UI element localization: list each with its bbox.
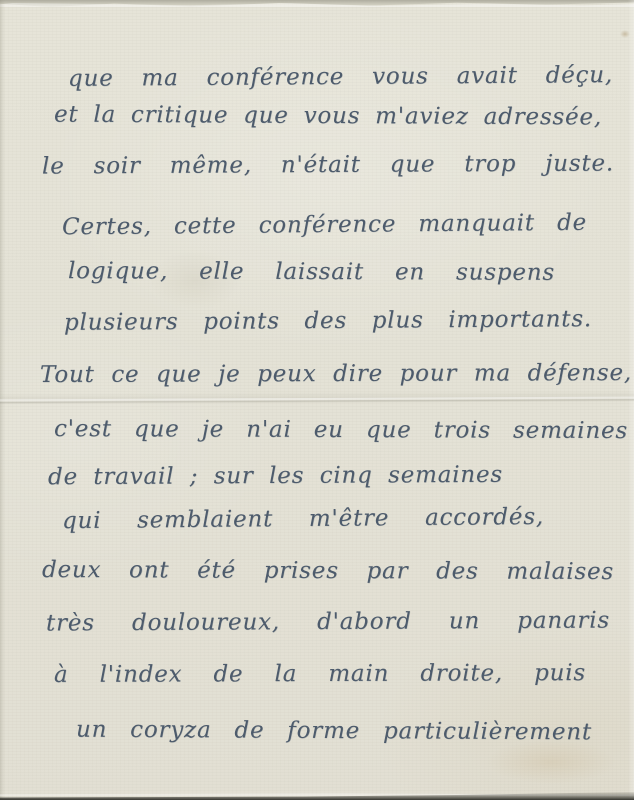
handwriting-line: Certes, cette conférence manquait de xyxy=(62,208,587,243)
handwriting-line: le soir même, n'était que trop juste. xyxy=(42,149,614,182)
handwriting-line: Tout ce que je peux dire pour ma défense… xyxy=(40,358,632,390)
handwriting-line: qui semblaient m'être accordés, xyxy=(62,502,544,536)
handwriting-line: très douloureux, d'abord un panaris xyxy=(46,606,610,639)
scanned-letter-stage: que ma conférence vous avait déçu, et la… xyxy=(0,0,634,800)
handwriting-line: et la critique que vous m'aviez adressée… xyxy=(54,100,602,133)
handwriting-line: c'est que je n'ai eu que trois semaines xyxy=(54,414,628,446)
handwriting-line: que ma conférence vous avait déçu, xyxy=(68,60,613,94)
handwriting-line: à l'index de la main droite, puis xyxy=(54,658,586,690)
handwriting-line: plusieurs points des plus importants. xyxy=(64,304,592,338)
letter-page: que ma conférence vous avait déçu, et la… xyxy=(0,0,634,800)
handwritten-text-block: que ma conférence vous avait déçu, et la… xyxy=(0,0,634,800)
handwriting-line: un coryza de forme particulièrement xyxy=(76,715,592,748)
handwriting-line: de travail ; sur les cinq semaines xyxy=(48,460,503,492)
handwriting-line: logique, elle laissait en suspens xyxy=(68,256,555,288)
handwriting-line: deux ont été prises par des malaises xyxy=(42,555,614,587)
